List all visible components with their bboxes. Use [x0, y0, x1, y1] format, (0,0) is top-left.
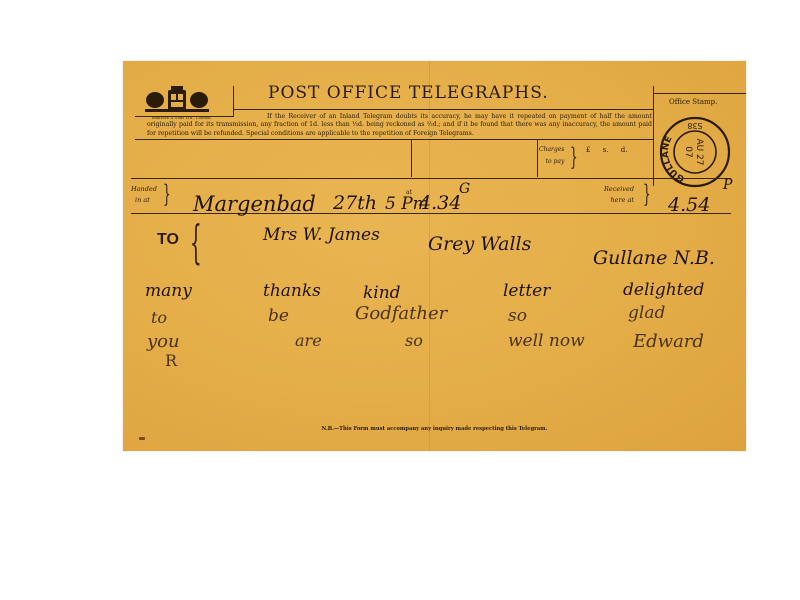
- message-word: Edward: [633, 331, 704, 352]
- svg-text:AU 27: AU 27: [694, 138, 704, 165]
- received-time: 4.54: [668, 194, 710, 216]
- charges-divider-right: [537, 139, 538, 177]
- paper-speck: [139, 437, 145, 440]
- telegram-form: Bemrose & Sons Ltd., London. POST OFFICE…: [123, 61, 746, 451]
- message-word: well now: [508, 331, 585, 351]
- handed-in-place: Margenbad: [193, 192, 316, 216]
- handed-in-initial: G: [459, 181, 470, 197]
- message-word: delighted: [623, 280, 704, 300]
- message-word: glad: [628, 303, 665, 323]
- header-divider-right: [653, 86, 654, 186]
- svg-text:GULLANE: GULLANE: [661, 135, 687, 184]
- message-word: so: [508, 306, 527, 326]
- received-brace: }: [643, 182, 651, 206]
- stamp-box-top: [653, 93, 746, 94]
- repetition-notice: If the Receiver of an Inland Telegram do…: [147, 113, 652, 138]
- message-word: so: [405, 331, 423, 350]
- currency-columns: £ s. d.: [586, 146, 627, 154]
- royal-crest-icon: [141, 86, 213, 114]
- handed-in-top-rule: [131, 178, 731, 179]
- handed-in-date: 27th: [333, 192, 377, 214]
- footer-note: N.B.—This Form must accompany any inquir…: [123, 426, 746, 432]
- charges-to-pay-label: Charges to pay: [539, 144, 564, 168]
- message-word: Godfather: [355, 303, 447, 324]
- header-divider-left: [233, 86, 234, 116]
- svg-text:S38: S38: [687, 121, 702, 130]
- addressee: Mrs W. James: [263, 225, 380, 245]
- to-brace: {: [190, 219, 202, 265]
- charges-brace: }: [570, 145, 578, 169]
- handed-in-label: Handed in at: [131, 184, 157, 206]
- title-underline: [233, 109, 653, 110]
- message-extra-initial: R: [165, 351, 177, 370]
- message-word: many: [145, 281, 192, 301]
- message-word: thanks: [263, 281, 321, 301]
- message-word: you: [147, 331, 180, 352]
- message-word: to: [151, 308, 167, 327]
- charges-divider-left: [411, 139, 412, 177]
- message-word: letter: [503, 281, 550, 301]
- handed-in-brace: }: [163, 182, 171, 206]
- address-line-2: Gullane N.B.: [593, 247, 715, 269]
- office-stamp-label: Office Stamp.: [669, 98, 717, 106]
- svg-text:07: 07: [683, 146, 693, 157]
- notice-underline: [135, 139, 653, 140]
- form-title: POST OFFICE TELEGRAPHS.: [268, 83, 549, 103]
- received-here-label: Received here at: [604, 184, 634, 206]
- message-word: are: [295, 331, 322, 350]
- address-line-1: Grey Walls: [428, 233, 531, 255]
- message-word: kind: [363, 283, 401, 303]
- message-word: be: [268, 306, 289, 326]
- handed-in-time: 4.34: [419, 192, 461, 214]
- received-initial: P: [723, 177, 732, 193]
- to-label: TO: [157, 231, 179, 249]
